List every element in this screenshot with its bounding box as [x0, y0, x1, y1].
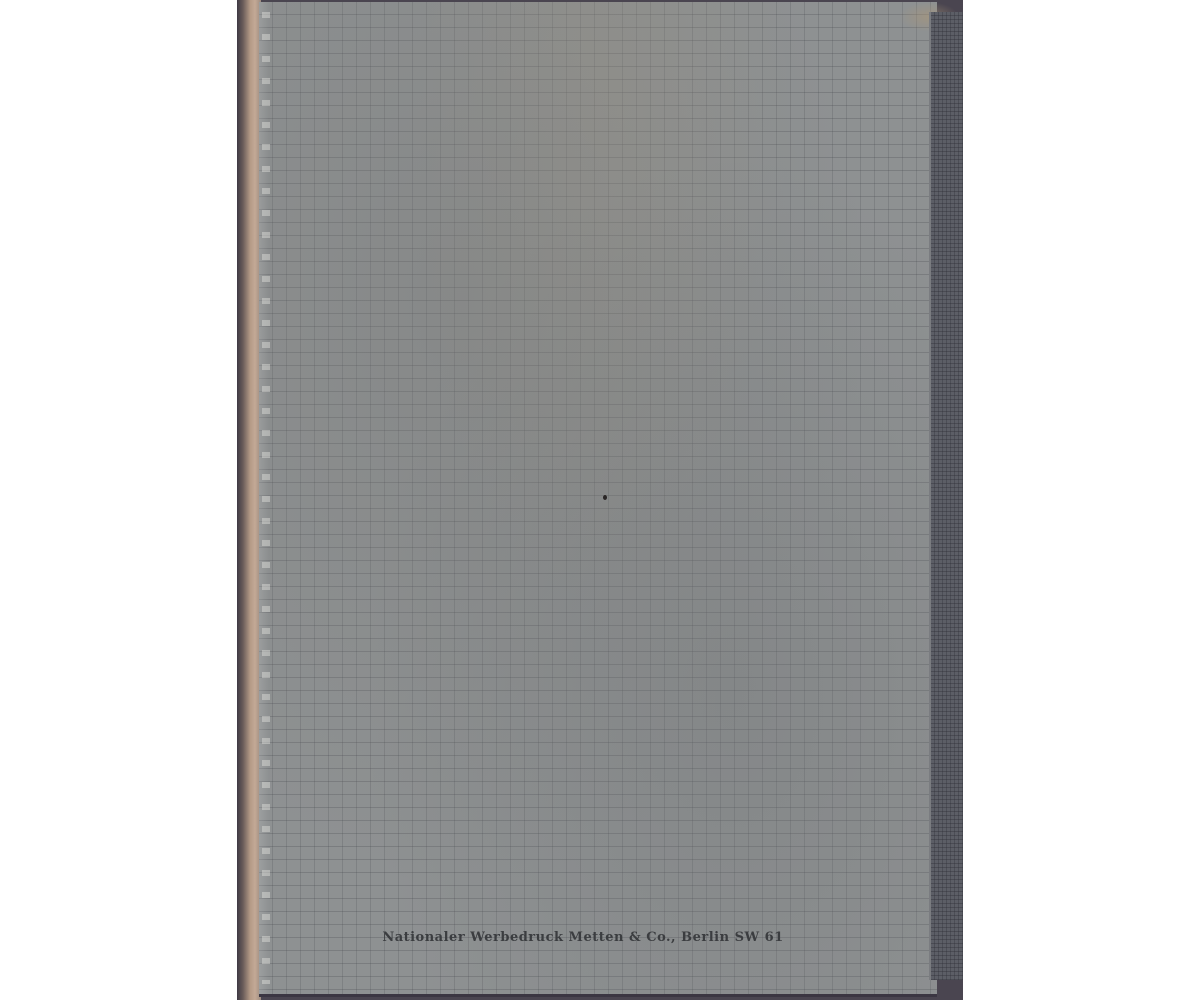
spine — [929, 12, 963, 980]
back-cover: Nationaler Werbedruck Metten & Co., Berl… — [259, 2, 937, 997]
book: Nationaler Werbedruck Metten & Co., Berl… — [237, 0, 963, 1000]
spot-mark — [603, 495, 607, 500]
page-edge — [237, 0, 261, 1000]
publisher-imprint: Nationaler Werbedruck Metten & Co., Berl… — [259, 930, 907, 945]
stitching — [262, 12, 270, 984]
